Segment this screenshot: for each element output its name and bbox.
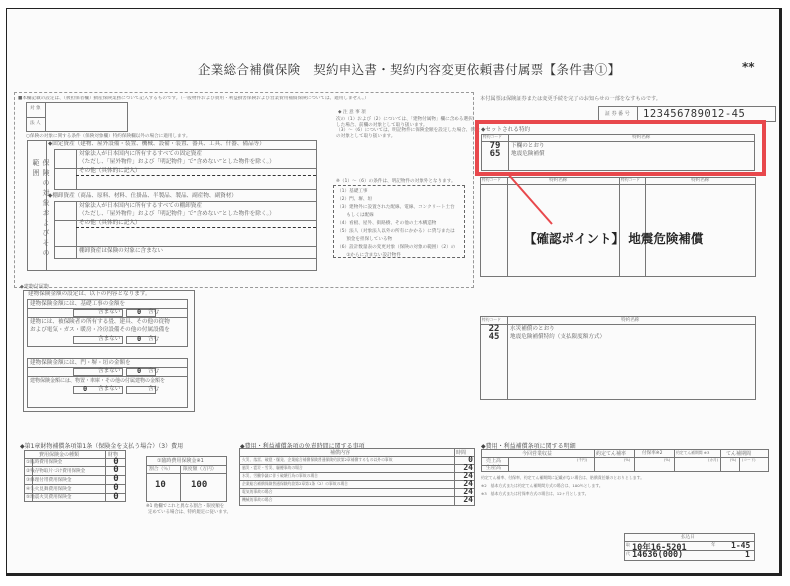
expense-row-label: ②残存物取片づけ費用保険金 <box>26 469 85 475</box>
document-marks: ** <box>742 60 755 74</box>
policy-number: 123456789012-45 <box>643 108 745 120</box>
set-endorsements-table: 特約コード 特約名称 79 下欄のとおり 65 地震危険補償 <box>481 134 755 171</box>
exemption-hours: 24 <box>455 495 473 504</box>
expense-footnote-2: 定めている場合は、特約規定に従います。 <box>148 510 231 515</box>
exclude-mark: 0 <box>83 385 87 393</box>
temp-ratio: 10 <box>155 480 166 490</box>
expense-heading: ◆第1章財物補償条項第1条（保険金を支払う場合）（3）費用 <box>20 441 183 450</box>
inventory-line2: （ただし、「屋外物件」および「明記物件」で“含めない”とした物件を除く。） <box>79 211 275 218</box>
fixed-assets-heading: ◆固定資産（建物、屋外設備・装置、機械、設備・装置、器具、工具、什器、備品等） <box>48 141 265 148</box>
callout-pointer <box>500 170 560 230</box>
notes-list-box: （1）基礎工事 （2）門、塀、垣 （3）建物外に設置された配線、電線、コンクリー… <box>333 185 465 258</box>
endorsement-code: 45 <box>485 332 503 342</box>
include-mark: 0 <box>137 367 141 375</box>
expense-footnote-1: ※1 他欄でこれと異なる割合・限度額を <box>146 504 224 509</box>
fixed-assets-table: 対象法人が日本国内に所有するすべての固定資産 （ただし、「屋外物件」および「明記… <box>54 149 317 190</box>
building-q-box-2: 建物保険金額には、門・塀・垣の金額を 含まない 0 含む 建物保険金額には、物置… <box>27 358 188 408</box>
exemption-table: 補償内容 時間 火災、落雷、破裂・爆発、企業総合補償保険普通保険約款第2章補償す… <box>239 448 475 506</box>
building-q-box-1: 建物保険金額には、基礎工事の金額を 含まない 0 含む 建物には、被保険者の所有… <box>27 299 188 347</box>
profit-note-2: ※2 基本方式または約定てん補期間方式の場合は、100％とします。 <box>481 484 603 489</box>
expense-row-label: ⑤地震火災費用保険金 <box>26 495 71 501</box>
inventory-excluded: 棚卸資産は保険の対象に含まない <box>79 248 163 255</box>
endorsement-name: 水災補償のとおり <box>510 326 555 333</box>
inventory-table: 対象法人が日本国内に所有するすべての棚卸資産 （ただし、「屋外物件」および「明記… <box>54 201 317 259</box>
exemption-row-label: 機械的事故の場合 <box>242 498 272 503</box>
inventory-heading: ◆棚卸資産（商品、原料、材料、仕掛品、半製品、製品、副産物、副資材） <box>48 193 237 200</box>
exemption-row-label: 風災・雹災・雪災、騒擾事故の場合 <box>242 466 303 471</box>
endorsement-name: 下欄のとおり <box>511 143 545 150</box>
coverage-header-note: ■本欄記載の設定は、（被担保者欄）動産保険業務について記入するものです。（一般物… <box>18 96 458 102</box>
expense-row-label: ①臨時費用保険金 <box>26 460 62 466</box>
fixed-assets-line1: 対象法人が日本国内に所有するすべての固定資産 <box>79 151 202 158</box>
target-corporation-box: 対 象 法 人 <box>26 102 128 132</box>
exemption-row-label: 電気的事故の場合 <box>242 490 272 495</box>
endorsement-name: 地震危険補償 <box>511 151 545 158</box>
notes-heading: ◆ 注 意 事 項 <box>338 110 366 116</box>
fixed-assets-other: その他（具体的に記入） <box>79 168 141 175</box>
target-label-1: 対 象 <box>30 106 41 112</box>
temp-limit: 100 <box>191 480 207 490</box>
endorsement-code: 65 <box>486 149 504 159</box>
profit-row-production: 生産高 <box>486 465 501 471</box>
include-mark: 0 <box>137 308 141 316</box>
profit-table: 今回営業収益 約定てん補率 付保率※2 約定てん補期間 ※3 てん補期間 (千円… <box>481 449 769 472</box>
exemption-row-label: 企業総合補償保険普通保険約款第2章第1条（2）の事故の場合 <box>242 482 348 487</box>
range-note: ○保険の対象に関する条件（保険対象欄）特約保険欄以外の場合に適用します。 <box>26 134 190 140</box>
callout-text: 【確認ポイント】 地震危険補償 <box>524 229 703 247</box>
expense-row-label: ④失火見舞費用保険金 <box>26 487 71 493</box>
fixed-assets-line2: （ただし、「屋外物件」および「明記物件」で“含めない”とした物件を除く。） <box>79 159 275 166</box>
endorsement-table-3: 特約コード 特約名称 22 水災補償のとおり 45 地震危険補償特約（支払限度額… <box>480 316 756 400</box>
expense-row-label: ③修理付帯費用保険金 <box>26 478 71 484</box>
notes-list-heading: ※（1）～（6）の条件は、明記物件の対象外となります。 <box>336 179 456 185</box>
policy-number-label: 証 券 番 号 <box>605 111 630 117</box>
profit-note-3: ※3 基本方式または付保率方式の場合は、12ヶ月とします。 <box>481 492 589 497</box>
exemption-row-label: 水災、労働争議に伴う破壊行為の事故の場合 <box>242 474 318 479</box>
expense-row-value: 0 <box>109 492 123 502</box>
temp-expense-table: ①臨時費用保険金※1 割合（％） 限度額（万円） 10 100 <box>146 456 227 502</box>
notes-lines: 次の（1）および（2）については、「建物付属物」欄に含める選択 した場合、前欄の… <box>336 117 464 139</box>
stamp-box: 払込日 取 10年16-5201 年 1-45 代 14636(000) 1 <box>624 533 755 561</box>
profit-row-sales: 売上高 <box>486 458 501 464</box>
building-intro: 建物保険金額の設定は、以下の内容となります。 <box>28 291 151 298</box>
stamp-number-2-right: 1 <box>745 550 750 559</box>
target-label-2: 法 人 <box>30 121 41 127</box>
section-divider <box>473 92 474 288</box>
include-mark: 0 <box>137 335 141 343</box>
set-endorsements-heading: ◆セットされる特約 <box>481 127 530 134</box>
notice-text: 本付属票は保険証券または変更手続を完了のお知らせの一部をなすものです。 <box>480 96 661 102</box>
stamp-number-right: 1-45 <box>731 541 750 550</box>
inventory-line1: 対象法人が日本国内に所有するすべての棚卸資産 <box>79 203 202 210</box>
document-title: 企業総合補償保険 契約申込書・契約内容変更依頼書付属票【条件書①】 <box>198 60 620 78</box>
inventory-other: その他（具体的に記入） <box>79 220 141 227</box>
profit-note-1: 約定てん補率、付保率、約定てん補期間に記載がない場合は、賠償責任額のとおりとしま… <box>481 476 644 481</box>
stamp-number-2: 14636(000) <box>632 550 683 560</box>
expense-table: 費用保険金の種類 財物 ①臨時費用保険金 ②残存物取片づけ費用保険金 ③修理付帯… <box>24 450 126 502</box>
exemption-row-label: 火災、落雷、破裂・爆発、企業総合補償保険普通保険約款第2章補償するもの以外の事故 <box>242 458 393 463</box>
scope-vertical-label: 保険の対象およびその範囲 <box>31 159 51 259</box>
endorsement-name: 地震危険補償特約（支払限度額方式） <box>510 334 605 341</box>
